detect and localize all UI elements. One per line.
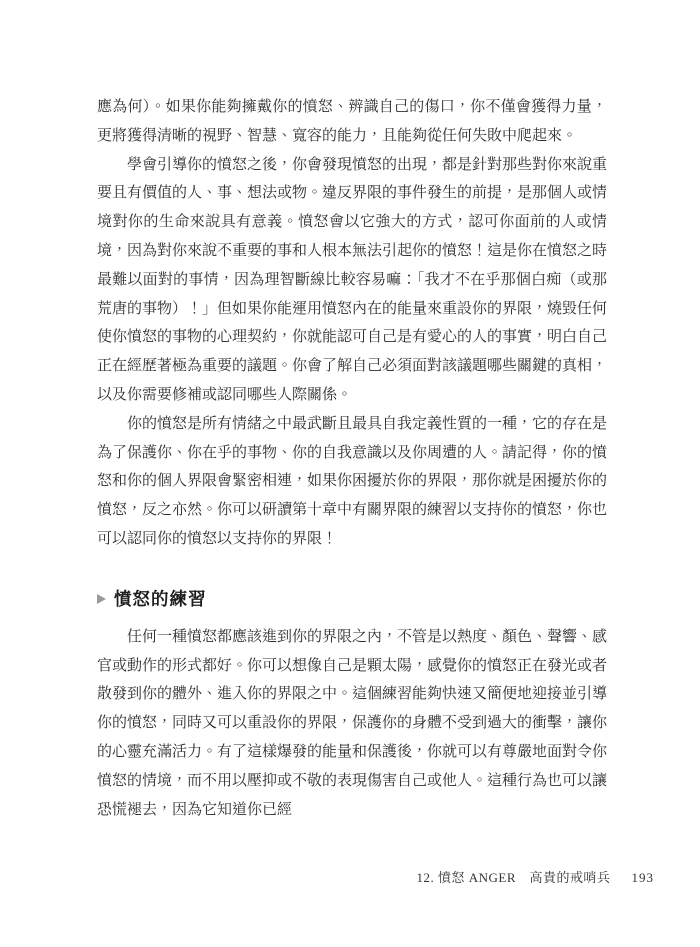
body-paragraph: 你的憤怒是所有情緒之中最武斷且最具自我定義性質的一種，它的存在是為了保護你、你在…: [97, 410, 607, 554]
section-heading: 憤怒的練習: [97, 586, 607, 612]
book-page: 應為何）。如果你能夠擁戴你的憤怒、辨識自己的傷口，你不僅會獲得力量，更將獲得清晰…: [0, 0, 700, 947]
footer-page-number: 193: [632, 869, 655, 887]
body-paragraph-continuation: 應為何）。如果你能夠擁戴你的憤怒、辨識自己的傷口，你不僅會獲得力量，更將獲得清晰…: [97, 93, 607, 151]
body-paragraph: 任何一種憤怒都應該進到你的界限之內，不管是以熱度、顏色、聲響、感官或動作的形式都…: [97, 623, 607, 825]
text-block: 應為何）。如果你能夠擁戴你的憤怒、辨識自己的傷口，你不僅會獲得力量，更將獲得清晰…: [97, 93, 607, 824]
triangle-marker-icon: [97, 594, 106, 604]
section-title: 憤怒的練習: [114, 586, 207, 612]
page-footer: 12. 憤怒 ANGER 高貴的戒哨兵 193: [416, 869, 654, 887]
body-paragraph: 學會引導你的憤怒之後，你會發現憤怒的出現，都是針對那些對你來說重要且有價值的人、…: [97, 151, 607, 410]
footer-chapter-label: 12. 憤怒 ANGER 高貴的戒哨兵: [416, 869, 610, 887]
